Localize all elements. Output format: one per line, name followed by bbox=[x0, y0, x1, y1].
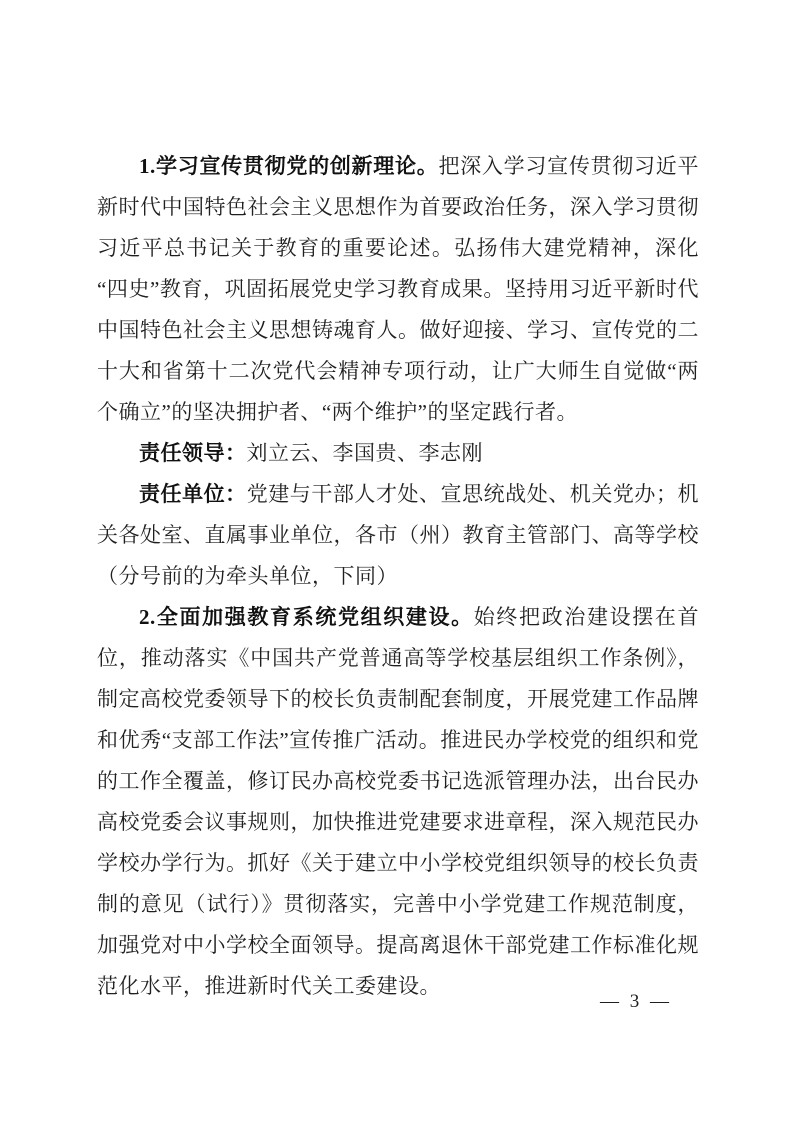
page-number: — 3 — bbox=[0, 991, 672, 1013]
page-content: 1.学习宣传贯彻党的创新理论。把深入学习宣传贯彻习近平新时代中国特色社会主义思想… bbox=[97, 146, 699, 1007]
document-page: 1.学习宣传贯彻党的创新理论。把深入学习宣传贯彻习近平新时代中国特色社会主义思想… bbox=[0, 0, 793, 1122]
responsible-units-label: 责任单位： bbox=[139, 482, 247, 506]
section-2-text: 始终把政治建设摆在首位，推动落实《中国共产党普通高等学校基层组织工作条例》，制定… bbox=[97, 605, 699, 998]
section-1-text: 把深入学习宣传贯彻习近平新时代中国特色社会主义思想作为首要政治任务，深入学习贯彻… bbox=[97, 154, 699, 424]
section-1-heading: 1.学习宣传贯彻党的创新理论。 bbox=[139, 154, 438, 178]
paragraph-section-1: 1.学习宣传贯彻党的创新理论。把深入学习宣传贯彻习近平新时代中国特色社会主义思想… bbox=[97, 146, 699, 433]
paragraph-responsible-units: 责任单位：党建与干部人才处、宣思统战处、机关党办；机关各处室、直属事业单位，各市… bbox=[97, 474, 699, 597]
responsible-leaders-label: 责任领导： bbox=[139, 441, 247, 465]
section-2-heading: 2.全面加强教育系统党组织建设。 bbox=[139, 605, 474, 629]
paragraph-section-2: 2.全面加强教育系统党组织建设。始终把政治建设摆在首位，推动落实《中国共产党普通… bbox=[97, 597, 699, 1007]
responsible-leaders-names: 刘立云、李国贵、李志刚 bbox=[247, 441, 484, 465]
paragraph-responsible-leaders: 责任领导：刘立云、李国贵、李志刚 bbox=[97, 433, 699, 474]
